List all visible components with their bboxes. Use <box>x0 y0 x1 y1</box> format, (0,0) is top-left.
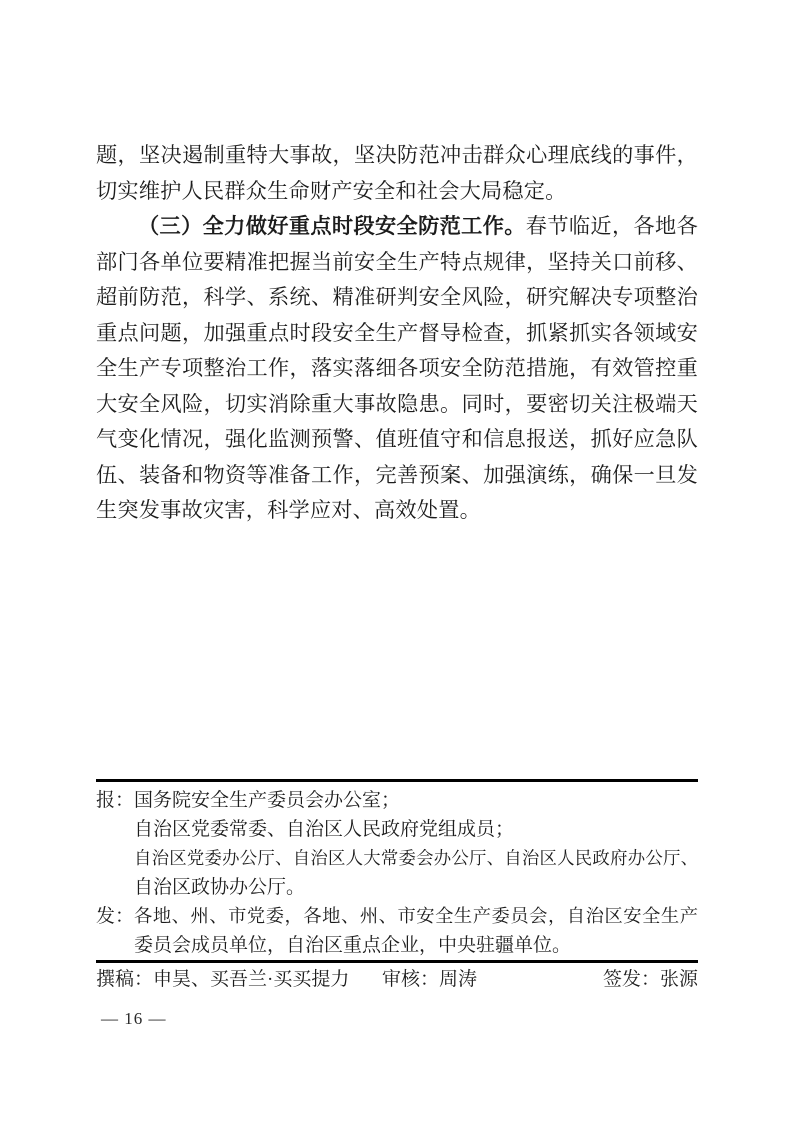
report-indent <box>96 844 134 873</box>
distribute-row: 发： 各地、州、市党委，各地、州、市安全生产委员会，自治区安全生产 <box>96 902 698 931</box>
report-label: 报： <box>96 786 134 815</box>
distribute-line: 委员会成员单位，自治区重点企业，中央驻疆单位。 <box>134 931 698 960</box>
body-text-line: 超前防范，科学、系统、精准研判安全风险，研究解决专项整治 <box>96 280 698 316</box>
issuer-field: 签发：张源 <box>603 965 698 994</box>
report-line: 国务院安全生产委员会办公室； <box>134 786 698 815</box>
report-indent <box>96 873 134 902</box>
drafter-label: 撰稿： <box>96 969 153 990</box>
report-line: 自治区政协办公厅。 <box>134 873 698 902</box>
body-text-line: 切实维护人民群众生命财产安全和社会大局稳定。 <box>96 174 698 210</box>
footer-distribution-block: 报： 国务院安全生产委员会办公室； 自治区党委常委、自治区人民政府党组成员； 自… <box>96 786 698 960</box>
body-text-line: 题，坚决遏制重特大事故，坚决防范冲击群众心理底线的事件， <box>96 138 698 174</box>
body-text-block: 题，坚决遏制重特大事故，坚决防范冲击群众心理底线的事件， 切实维护人民群众生命财… <box>96 138 698 529</box>
issuer-label: 签发： <box>603 969 660 990</box>
body-text-line: 全生产专项整治工作，落实落细各项安全防范措施，有效管控重 <box>96 351 698 387</box>
report-row: 报： 国务院安全生产委员会办公室； <box>96 786 698 815</box>
body-text-line: 伍、装备和物资等准备工作，完善预案、加强演练，确保一旦发 <box>96 458 698 494</box>
reviewer-label: 审核： <box>382 969 439 990</box>
body-text-line: 气变化情况，强化监测预警、值班值守和信息报送，抓好应急队 <box>96 422 698 458</box>
body-text-line: 重点问题，加强重点时段安全生产督导检查，抓紧抓实各领域安 <box>96 316 698 352</box>
body-text-span: 春节临近，各地各 <box>526 214 698 238</box>
distribute-indent <box>96 931 134 960</box>
reviewer-name: 周涛 <box>439 969 477 990</box>
divider-rule-top <box>96 779 698 782</box>
body-text-line: 生突发事故灾害，科学应对、高效处置。 <box>96 493 698 529</box>
reviewer-field: 审核：周涛 <box>382 965 477 994</box>
body-text-line: 大安全风险，切实消除重大事故隐患。同时，要密切关注极端天 <box>96 387 698 423</box>
distribute-label: 发： <box>96 902 134 931</box>
report-row: 自治区党委办公厅、自治区人大常委会办公厅、自治区人民政府办公厅、 <box>96 844 698 873</box>
section-heading: （三）全力做好重点时段安全防范工作。 <box>138 214 526 238</box>
report-line: 自治区党委常委、自治区人民政府党组成员； <box>134 815 698 844</box>
distribute-row: 委员会成员单位，自治区重点企业，中央驻疆单位。 <box>96 931 698 960</box>
signoff-row: 撰稿：申昊、买吾兰·买买提力 审核：周涛 签发：张源 <box>96 965 698 994</box>
issuer-name: 张源 <box>660 969 698 990</box>
body-text-line: （三）全力做好重点时段安全防范工作。春节临近，各地各 <box>96 209 698 245</box>
divider-rule-mid <box>96 960 698 963</box>
page-number: — 16 — <box>101 1007 167 1031</box>
report-indent <box>96 815 134 844</box>
report-line: 自治区党委办公厅、自治区人大常委会办公厅、自治区人民政府办公厅、 <box>134 844 698 873</box>
drafter-field: 撰稿：申昊、买吾兰·买买提力 <box>96 965 349 994</box>
drafter-names: 申昊、买吾兰·买买提力 <box>153 969 349 990</box>
body-text-line: 部门各单位要精准把握当前安全生产特点规律，坚持关口前移、 <box>96 245 698 281</box>
report-row: 自治区政协办公厅。 <box>96 873 698 902</box>
report-row: 自治区党委常委、自治区人民政府党组成员； <box>96 815 698 844</box>
document-page: 题，坚决遏制重特大事故，坚决防范冲击群众心理底线的事件， 切实维护人民群众生命财… <box>0 0 793 1122</box>
distribute-line: 各地、州、市党委，各地、州、市安全生产委员会，自治区安全生产 <box>134 902 698 931</box>
